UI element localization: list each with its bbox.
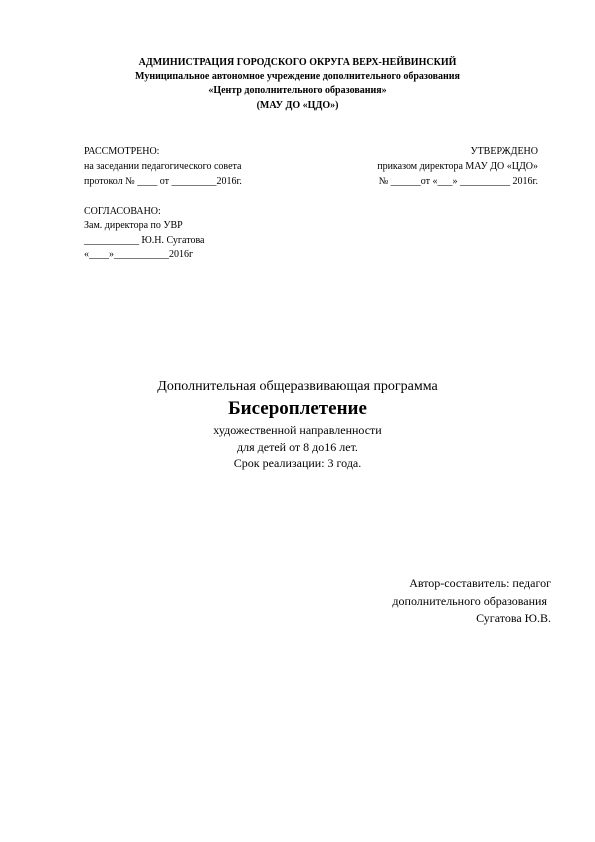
author-name: Сугатова Ю.В.	[476, 612, 551, 624]
program-type: Дополнительная общеразвивающая программа	[0, 380, 595, 394]
reviewed-line1: на заседании педагогического совета	[84, 162, 241, 172]
author-department: дополнительного образования	[392, 595, 547, 607]
header-abbreviation: (МАУ ДО «ЦДО»)	[0, 101, 595, 111]
program-term: Срок реализации: 3 года.	[0, 457, 595, 469]
header-administration: АДМИНИСТРАЦИЯ ГОРОДСКОГО ОКРУГА ВЕРХ-НЕЙ…	[0, 58, 595, 68]
agreed-title: СОГЛАСОВАНО:	[84, 207, 161, 217]
reviewed-title: РАССМОТРЕНО:	[84, 147, 159, 157]
agreed-line3: «____»___________2016г	[84, 250, 193, 260]
agreed-line1: Зам. директора по УВР	[84, 221, 183, 231]
author-role: Автор-составитель: педагог	[409, 577, 551, 589]
approved-title: УТВЕРЖДЕНО	[470, 147, 538, 157]
header-institution: Муниципальное автономное учреждение допо…	[0, 72, 595, 82]
approved-line2: № ______от «___» __________ 2016г.	[379, 177, 538, 187]
header-center-name: «Центр дополнительного образования»	[0, 86, 595, 96]
program-direction: художественной направленности	[0, 424, 595, 436]
agreed-line2: ___________ Ю.Н. Сугатова	[84, 236, 204, 246]
reviewed-line2: протокол № ____ от _________2016г.	[84, 177, 242, 187]
program-title: Бисероплетение	[0, 399, 595, 418]
program-age: для детей от 8 до16 лет.	[0, 441, 595, 453]
document-page: АДМИНИСТРАЦИЯ ГОРОДСКОГО ОКРУГА ВЕРХ-НЕЙ…	[0, 0, 595, 842]
approved-line1: приказом директора МАУ ДО «ЦДО»	[377, 162, 538, 172]
